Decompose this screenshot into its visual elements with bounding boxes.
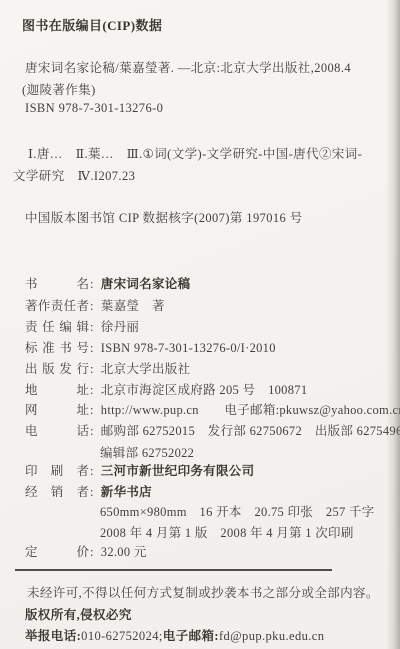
label-address: 地址 bbox=[25, 380, 89, 398]
colophon-row-distributor: 经销者: 新华书店 bbox=[25, 482, 152, 500]
colophon-row-printer: 印刷者: 三河市新世纪印务有限公司 bbox=[25, 461, 254, 479]
cip-classification-line2: 文学研究 Ⅳ.I207.23 bbox=[13, 166, 135, 184]
colophon-row-publisher: 出版发行: 北京大学出版社 bbox=[25, 359, 190, 377]
value-edition-info: 2008 年 4 月第 1 版 2008 年 4 月第 1 次印刷 bbox=[100, 523, 354, 541]
report-email-label: 电子邮箱: bbox=[163, 629, 219, 643]
value-price: 32.00 元 bbox=[101, 542, 147, 560]
label-book-title: 书名 bbox=[25, 274, 89, 292]
value-address: 北京市海淀区成府路 205 号 100871 bbox=[101, 380, 308, 398]
value-editor: 徐丹丽 bbox=[101, 317, 139, 335]
label-printer: 印刷者 bbox=[25, 461, 89, 479]
label-separator: : bbox=[90, 464, 94, 479]
colophon-row-author: 著作责任者: 葉嘉瑩 著 bbox=[25, 296, 165, 314]
label-separator: : bbox=[90, 424, 94, 439]
cip-classification-line1: Ⅰ.唐… Ⅱ.葉… Ⅲ.①词(文学)-文学研究-中国-唐代②宋词- bbox=[28, 144, 362, 162]
value-author: 葉嘉瑩 著 bbox=[101, 296, 165, 314]
copy-prohibition-notice: 未经许可,不得以任何方式复制或抄袭本书之部分或全部内容。 bbox=[27, 583, 379, 601]
label-isbn: 标准书号 bbox=[25, 338, 89, 356]
colophon-row-address: 地址: 北京市海淀区成府路 205 号 100871 bbox=[25, 380, 307, 398]
colophon-row-isbn: 标准书号: ISBN 978-7-301-13276-0/I·2010 bbox=[25, 338, 276, 356]
colophon-row-title: 书名: 唐宋词名家论稿 bbox=[25, 274, 190, 292]
report-email-address: fd@pup.pku.edu.cn bbox=[219, 629, 324, 643]
value-isbn: ISBN 978-7-301-13276-0/I·2010 bbox=[101, 341, 276, 356]
cip-isbn: ISBN 978-7-301-13276-0 bbox=[25, 101, 163, 116]
cip-series: (迦陵著作集) bbox=[22, 80, 96, 98]
cip-copyright-page: 图书在版编目(CIP)数据 唐宋词名家论稿/葉嘉瑩著. —北京:北京大学出版社,… bbox=[0, 0, 400, 649]
label-separator: : bbox=[90, 299, 94, 314]
label-separator: : bbox=[90, 485, 94, 500]
value-publisher: 北京大学出版社 bbox=[101, 359, 191, 377]
label-separator: : bbox=[90, 362, 94, 377]
label-separator: : bbox=[90, 545, 94, 560]
report-contact-line: 举报电话:010-62752024;电子邮箱:fd@pup.pku.edu.cn bbox=[25, 626, 324, 644]
horizontal-divider bbox=[15, 569, 332, 571]
label-author: 著作责任者 bbox=[25, 296, 89, 314]
cip-description: 唐宋词名家论稿/葉嘉瑩著. —北京:北京大学出版社,2008.4 bbox=[25, 58, 351, 76]
copyright-notice: 版权所有,侵权必究 bbox=[25, 605, 132, 623]
label-phone: 电话 bbox=[25, 421, 89, 439]
label-website: 网址 bbox=[25, 400, 89, 418]
report-phone-label: 举报电话: bbox=[25, 629, 81, 643]
value-phone: 邮购部 62752015 发行部 62750672 出版部 62754962 bbox=[101, 421, 400, 439]
scan-edge-shadow bbox=[386, 0, 400, 649]
colophon-row-price: 定价: 32.00 元 bbox=[25, 542, 147, 560]
label-price: 定价 bbox=[25, 542, 89, 560]
cip-header: 图书在版编目(CIP)数据 bbox=[22, 15, 162, 34]
colophon-row-editor: 责任编辑: 徐丹丽 bbox=[25, 317, 139, 335]
value-printer: 三河市新世纪印务有限公司 bbox=[101, 461, 255, 479]
colophon-row-website: 网址: http://www.pup.cn 电子邮箱:pkuwsz@yahoo.… bbox=[25, 400, 400, 418]
label-separator: : bbox=[90, 341, 94, 356]
label-separator: : bbox=[90, 320, 94, 335]
value-book-title: 唐宋词名家论稿 bbox=[101, 274, 191, 292]
value-website: http://www.pup.cn 电子邮箱:pkuwsz@yahoo.com.… bbox=[101, 400, 400, 418]
label-publisher: 出版发行 bbox=[25, 359, 89, 377]
label-distributor: 经销者 bbox=[25, 482, 89, 500]
value-phone-editorial-dept: 编辑部 62752022 bbox=[100, 443, 194, 461]
label-editor: 责任编辑 bbox=[25, 317, 89, 335]
label-separator: : bbox=[90, 277, 94, 292]
report-phone-number: 010-62752024; bbox=[81, 629, 163, 643]
label-separator: : bbox=[90, 403, 94, 418]
value-distributor: 新华书店 bbox=[101, 482, 152, 500]
colophon-row-phone: 电话: 邮购部 62752015 发行部 62750672 出版部 627549… bbox=[25, 421, 400, 439]
cip-record-number: 中国版本图书馆 CIP 数据核字(2007)第 197016 号 bbox=[25, 208, 303, 226]
value-format-specs: 650mm×980mm 16 开本 20.75 印张 257 千字 bbox=[100, 502, 375, 520]
label-separator: : bbox=[90, 383, 94, 398]
